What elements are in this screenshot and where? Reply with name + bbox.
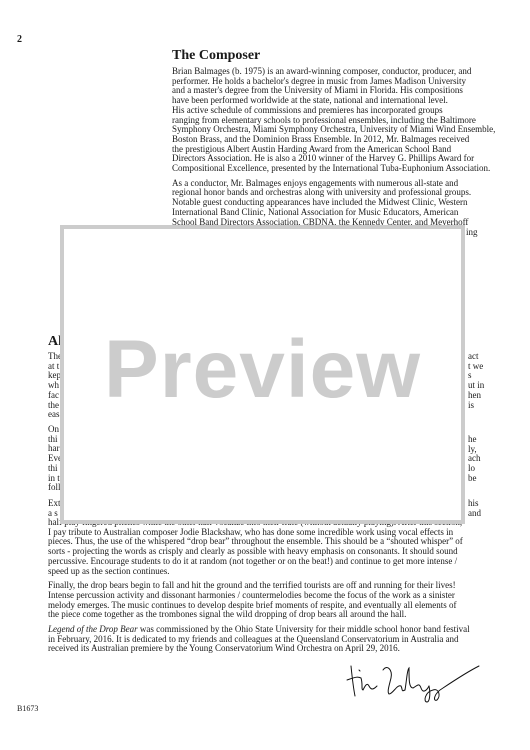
paragraph-left-fragments: Ext a s — [48, 499, 61, 518]
text-span: was commissioned by the Ohio State Unive… — [138, 624, 470, 634]
paragraph-right-fragments: act t we s ut in hen is — [468, 352, 484, 410]
about-paragraph-vocal-effects: half play fingered pitches while the oth… — [48, 518, 484, 576]
about-paragraph-finale: Finally, the drop bears begin to fall an… — [48, 581, 484, 620]
text-fragment: ing — [466, 228, 478, 238]
text-line: received its Australian premiere by the … — [48, 644, 484, 654]
text-line: the piece come together as the trombones… — [48, 610, 484, 620]
composer-bio: Brian Balmages (b. 1975) is an award-win… — [172, 67, 517, 174]
composer-heading: The Composer — [172, 47, 517, 64]
page-number: 2 — [17, 34, 22, 45]
text-fragment: be — [468, 474, 481, 484]
text-line: speed up as the section continues. — [48, 567, 484, 577]
signature-icon — [343, 656, 483, 704]
composer-conductor-paragraph: As a conductor, Mr. Balmages enjoys enga… — [172, 179, 517, 228]
catalog-code: B1673 — [17, 704, 38, 713]
paragraph-right-fragments: he ly, ach lo be — [468, 435, 481, 484]
paragraph-right-fragments: his and — [468, 499, 481, 518]
piece-title: Legend of the Drop Bear — [48, 624, 138, 634]
text-line: Compositional Excellence, presented by t… — [172, 164, 517, 174]
preview-overlay: Preview — [60, 225, 465, 524]
text-fragment: and — [468, 509, 481, 519]
preview-watermark: Preview — [64, 325, 461, 415]
text-fragment: is — [468, 401, 484, 411]
composer-section: The Composer Brian Balmages (b. 1975) is… — [172, 47, 517, 232]
about-lower-text: half play fingered pitches while the oth… — [48, 518, 484, 659]
about-paragraph-commission: Legend of the Drop Bear was commissioned… — [48, 625, 484, 654]
